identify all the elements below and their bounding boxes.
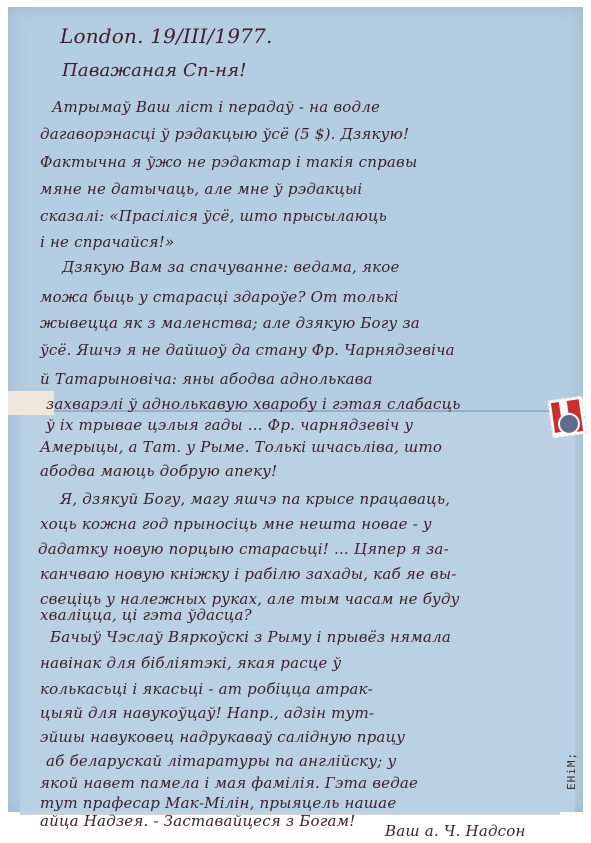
letter-line: якой навет памела і мая фамілія. Гэта ве… [40, 774, 418, 792]
letter-line: мяне не датычаць, але мне ў рэдакцыі [40, 180, 362, 198]
letter-line: цыяй для навукоўцаў! Напр., адзін тут- [40, 704, 374, 722]
letter-line: канчваю новую кніжку і рабілю захады, ка… [40, 565, 457, 583]
letter-line: захварэлі ў аднолькавую хваробу і гэтая … [46, 395, 461, 413]
signature: Ваш а. Ч. Надсон [385, 822, 526, 840]
letter-line: сказалі: «Прасіліся ўсё, што прысылаюць [40, 207, 387, 225]
letter-line: Бачыў Чэслаў Вяркоўскі з Рыму і прывёз н… [50, 628, 451, 646]
letter-line: аб беларускай літаратуры па англійску; у [46, 752, 396, 770]
letter-line: айца Надзея. - Заставайцеся з Богам! [40, 812, 356, 830]
letter-line: хваліцца, ці гэта ўдасца? [40, 606, 252, 624]
letter-line: Фактычна я ўжо не рэдактар і такія справ… [40, 153, 417, 171]
letter-line: дагаворэнасці ў рэдакцыю ўсё (5 $). Дзяк… [40, 125, 409, 143]
salutation: Паважаная Сп-ня! [62, 60, 247, 81]
letter-line: Я, дзякуй Богу, магу яшчэ па крысе праца… [60, 490, 450, 508]
letter-line: й Татарыновіча: яны абодва аднолькава [40, 370, 373, 388]
letter-line: абодва маюць добрую апеку! [40, 462, 277, 480]
letter-line: Атрымаў Ваш ліст і перадаў - на водле [52, 98, 380, 116]
letter-line: Амерыцы, а Тат. у Рыме. Толькі шчасьліва… [40, 438, 442, 456]
letter-line: колькасьці і якасьці - ат робіцца атрак- [40, 680, 373, 698]
letter-line: ў іх трывае цэлыя гады ... Фр. чарнядзев… [46, 416, 413, 434]
letter-line: хоць кожна год прыносіць мне нешта новае… [40, 515, 432, 533]
margin-mark: ЕНіМ; [565, 752, 578, 790]
letter-line: навінак для бібліятэкі, якая расце ў [40, 654, 341, 672]
letter-line: тут прафесар Мак-Мілін, прыяцель нашае [40, 794, 396, 812]
letter-line: эйшы навуковец надрукаваў салідную працу [40, 728, 405, 746]
letter-line: і не спрачайся!» [40, 233, 174, 251]
letter-line: ўсё. Яшчэ я не дайшоў да стану Фр. Чарня… [40, 341, 455, 359]
letter-body: London. 19/III/1977. Паважаная Сп-ня! Ат… [0, 0, 591, 843]
letter-line: Дзякую Вам за спачуванне: ведама, якое [62, 258, 400, 276]
place-date: London. 19/III/1977. [60, 24, 273, 48]
letter-line: жывецца як з маленства; але дзякую Богу … [40, 314, 420, 332]
letter-line: дадатку новую порцыю старасьці! ... Цяпе… [38, 540, 449, 558]
letter-line: можа быць у старасці здароўе? От толькі [40, 288, 398, 306]
